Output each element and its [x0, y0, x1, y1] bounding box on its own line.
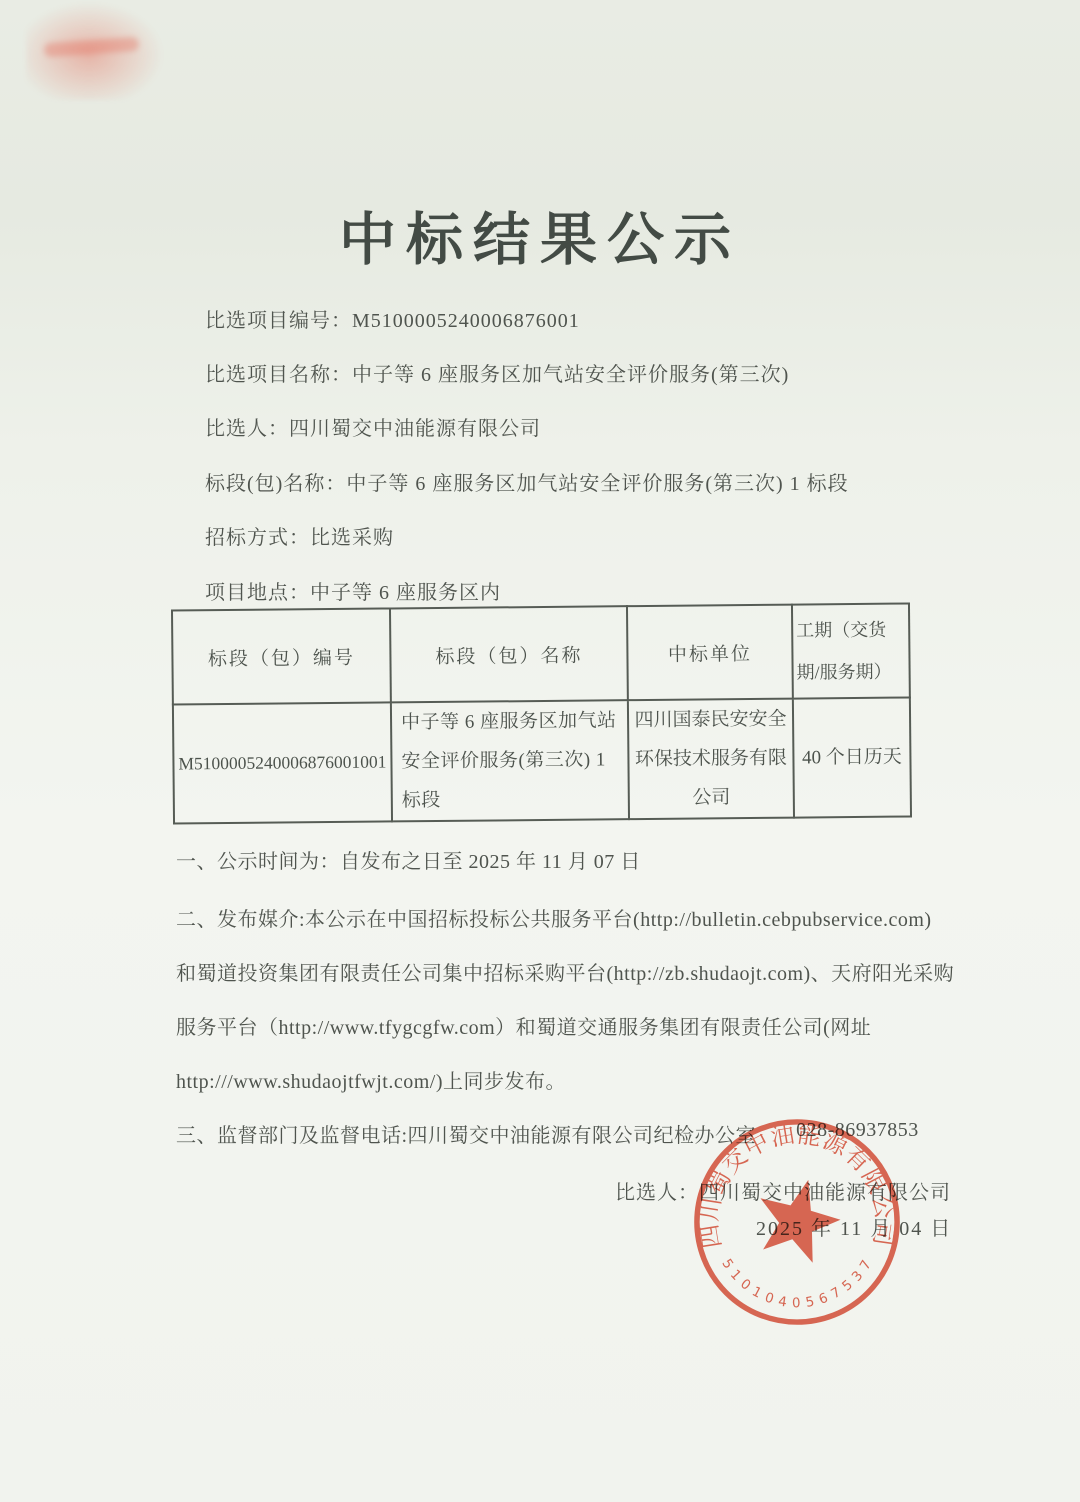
col-header-section-number: 标段（包）编号	[172, 608, 391, 704]
page-title: 中标结果公示	[0, 194, 1080, 276]
table-row: M5100005240006876001001 中子等 6 座服务区加气站安全评…	[173, 697, 911, 823]
cell-section-number: M5100005240006876001001	[173, 702, 392, 823]
col-header-winning-bidder: 中标单位	[627, 605, 793, 701]
info-line-section-name: 标段(包)名称：中子等 6 座服务区加气站安全评价服务(第三次) 1 标段	[205, 454, 849, 508]
document-page: 中标结果公示 比选项目编号：M5100005240006876001 比选项目名…	[0, 0, 1080, 1502]
publish-media-line-2: 和蜀道投资集团有限责任公司集中招标采购平台(http://zb.shudaojt…	[176, 957, 954, 986]
result-table-wrapper: 标段（包）编号 标段（包）名称 中标单位 工期（交货期/服务期） M510000…	[171, 602, 912, 824]
col-header-section-name: 标段（包）名称	[390, 606, 628, 702]
seal-star-icon	[760, 1180, 840, 1263]
publicity-period-line: 一、公示时间为：自发布之日至 2025 年 11 月 07 日	[176, 845, 641, 874]
info-line-bid-method: 招标方式：比选采购	[205, 509, 849, 563]
cell-section-name: 中子等 6 座服务区加气站安全评价服务(第三次) 1 标段	[391, 700, 629, 821]
info-line-project-number: 比选项目编号：M5100005240006876001	[205, 291, 849, 345]
supervision-text: 三、监督部门及监督电话:四川蜀交中油能源有限公司纪检办公室	[176, 1119, 756, 1148]
cell-service-period: 40 个日历天	[793, 697, 911, 817]
publish-media-line-1: 二、发布媒介:本公示在中国招标投标公共服务平台(http://bulletin.…	[176, 903, 932, 932]
publish-media-line-3: 服务平台（http://www.tfygcgfw.com）和蜀道交通服务集团有限…	[176, 1011, 871, 1040]
publish-media-line-4: http:///www.shudaojtfwjt.com/)上同步发布。	[176, 1065, 566, 1094]
result-table: 标段（包）编号 标段（包）名称 中标单位 工期（交货期/服务期） M510000…	[171, 602, 912, 824]
info-line-project-name: 比选项目名称：中子等 6 座服务区加气站安全评价服务(第三次)	[205, 345, 849, 399]
official-seal: 四川蜀交中油能源有限公司 5101040567537	[688, 1113, 906, 1331]
project-info-block: 比选项目编号：M5100005240006876001 比选项目名称：中子等 6…	[205, 291, 849, 617]
ink-smudge-top-left	[26, 0, 166, 100]
info-line-selector: 比选人：四川蜀交中油能源有限公司	[205, 400, 849, 454]
cell-winning-bidder: 四川国泰民安安全环保技术服务有限公司	[628, 699, 794, 820]
col-header-service-period: 工期（交货期/服务期）	[792, 603, 910, 698]
table-header-row: 标段（包）编号 标段（包）名称 中标单位 工期（交货期/服务期）	[172, 603, 910, 704]
